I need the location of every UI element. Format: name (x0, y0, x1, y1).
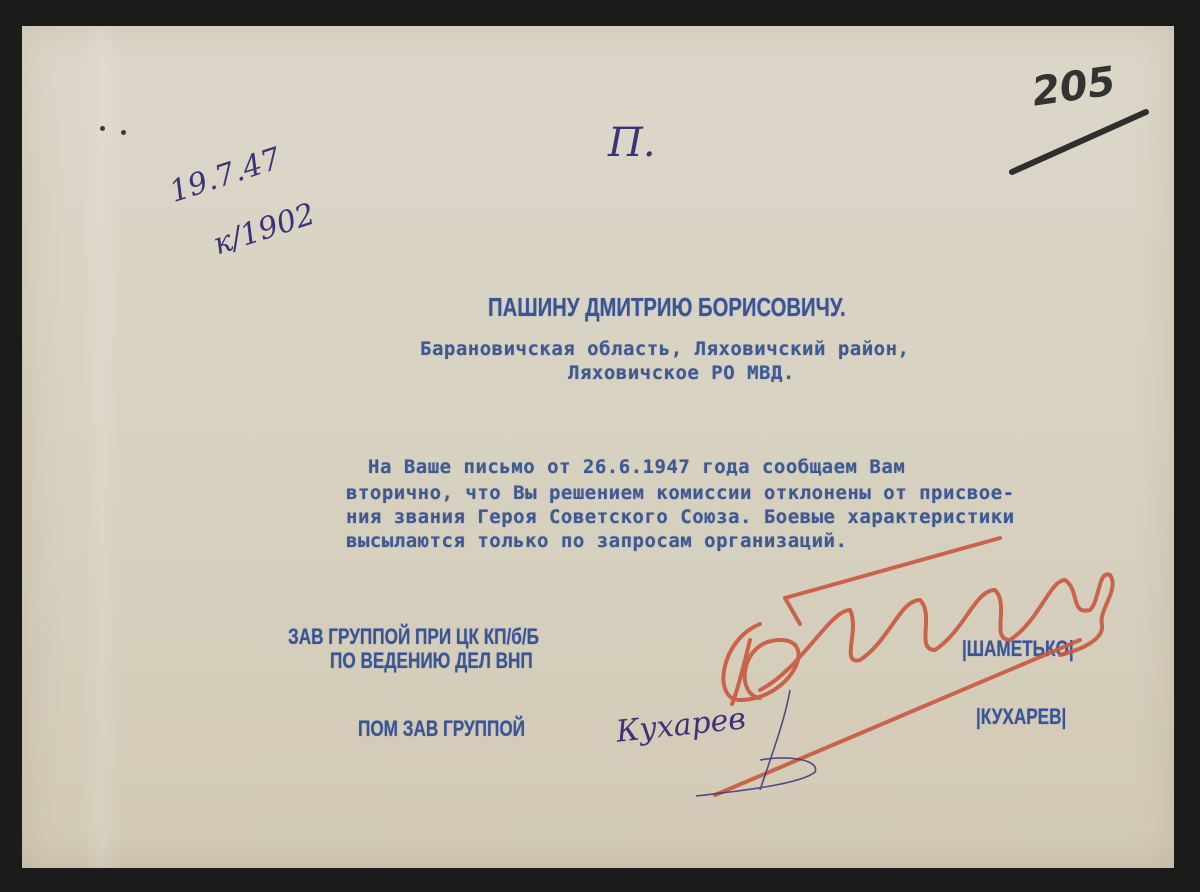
address-line-2: Ляховичское РО МВД. (568, 362, 795, 384)
top-mark: П. (608, 120, 656, 166)
body-line-1: На Ваше письмо от 26.6.1947 года сообщае… (368, 456, 905, 478)
position-1-line-1: ЗАВ ГРУППОЙ ПРИ ЦК КП/б/Б (288, 624, 539, 650)
document-page (22, 26, 1174, 868)
signatory-name-2: |КУХАРЕВ| (976, 704, 1066, 730)
signatory-name-1: |ШАМЕТЬКО| (962, 636, 1074, 662)
body-line-2: вторично, что Вы решением комиссии откло… (346, 482, 1015, 504)
punch-hole (121, 130, 126, 135)
position-1-line-2: ПО ВЕДЕНИЮ ДЕЛ ВНП (330, 648, 533, 674)
address-line-1: Барановичская область, Ляховичский район… (420, 338, 910, 360)
punch-hole (100, 126, 105, 131)
body-line-4: высылаются только по запросам организаци… (346, 530, 847, 552)
body-line-3: ния звания Героя Советского Союза. Боевы… (346, 506, 1015, 528)
addressee-name: ПАШИНУ ДМИТРИЮ БОРИСОВИЧУ. (488, 292, 846, 323)
position-2: ПОМ ЗАВ ГРУППОЙ (358, 716, 525, 742)
